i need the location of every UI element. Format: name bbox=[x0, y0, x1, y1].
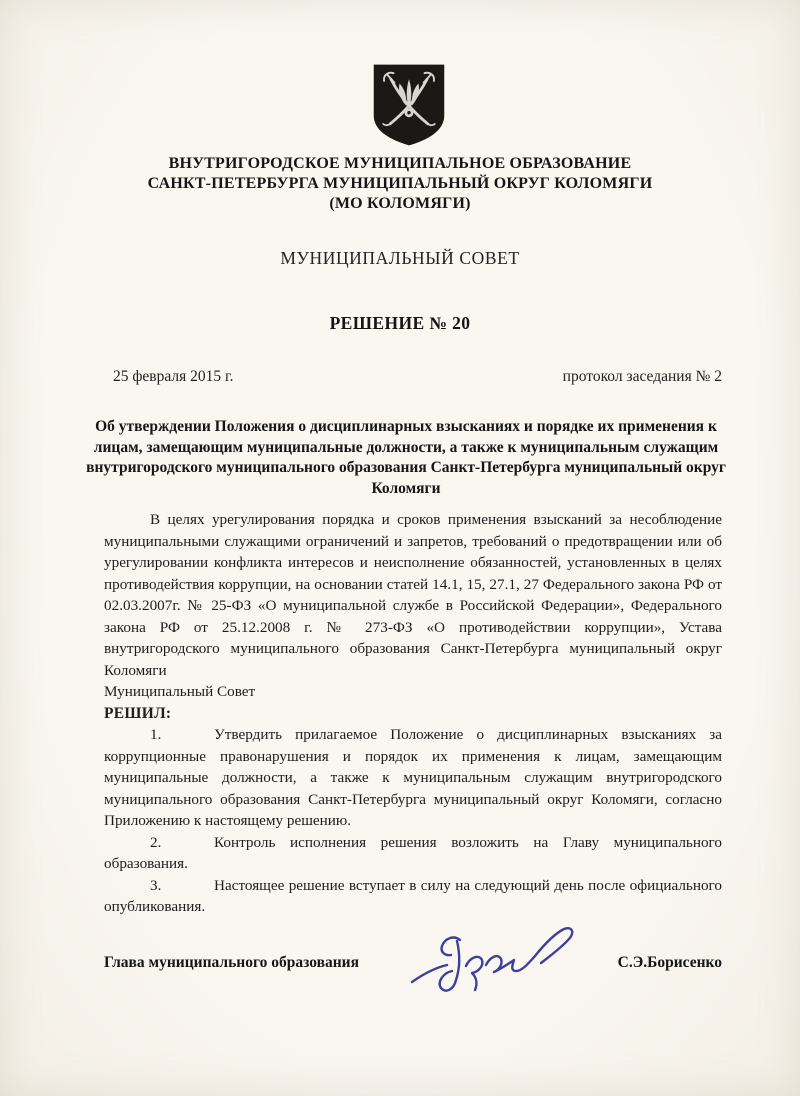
signatory-name: С.Э.Борисенко bbox=[618, 952, 722, 974]
org-name-line3: (МО КОЛОМЯГИ) bbox=[88, 194, 712, 214]
item-number: 3. bbox=[150, 875, 214, 897]
signatory-position: Глава муниципального образования bbox=[104, 952, 359, 974]
resolution-item-3: 3.Настоящее решение вступает в силу на с… bbox=[104, 875, 722, 918]
document-body: В целях урегулирования порядка и сроков … bbox=[104, 509, 722, 973]
preamble-tail: Муниципальный Совет bbox=[104, 681, 722, 703]
resolution-item-1: 1.Утвердить прилагаемое Положение о дисц… bbox=[104, 724, 722, 832]
council-heading: МУНИЦИПАЛЬНЫЙ СОВЕТ bbox=[0, 248, 800, 269]
resolved-label: РЕШИЛ: bbox=[104, 703, 722, 725]
preamble-paragraph: В целях урегулирования порядка и сроков … bbox=[104, 509, 722, 681]
item-number: 1. bbox=[150, 724, 214, 746]
handwritten-signature bbox=[404, 920, 589, 1006]
protocol-number: протокол заседания № 2 bbox=[563, 368, 722, 386]
document-date: 25 февраля 2015 г. bbox=[113, 368, 233, 386]
org-name-line2: САНКТ-ПЕТЕРБУРГА МУНИЦИПАЛЬНЫЙ ОКРУГ КОЛ… bbox=[88, 174, 712, 194]
item-number: 2. bbox=[150, 832, 214, 854]
signature-row: Глава муниципального образования С.Э.Бор… bbox=[104, 952, 722, 974]
org-header: ВНУТРИГОРОДСКОЕ МУНИЦИПАЛЬНОЕ ОБРАЗОВАНИ… bbox=[88, 154, 712, 214]
document-subject: Об утверждении Положения о дисциплинарны… bbox=[86, 417, 726, 499]
scanned-decision-document: ВНУТРИГОРОДСКОЕ МУНИЦИПАЛЬНОЕ ОБРАЗОВАНИ… bbox=[0, 0, 800, 1096]
org-name-line1: ВНУТРИГОРОДСКОЕ МУНИЦИПАЛЬНОЕ ОБРАЗОВАНИ… bbox=[88, 154, 712, 174]
coat-of-arms-icon bbox=[368, 62, 450, 148]
date-protocol-row: 25 февраля 2015 г. протокол заседания № … bbox=[113, 368, 722, 386]
resolution-item-2: 2.Контроль исполнения решения возложить … bbox=[104, 832, 722, 875]
document-title: РЕШЕНИЕ № 20 bbox=[0, 313, 800, 334]
